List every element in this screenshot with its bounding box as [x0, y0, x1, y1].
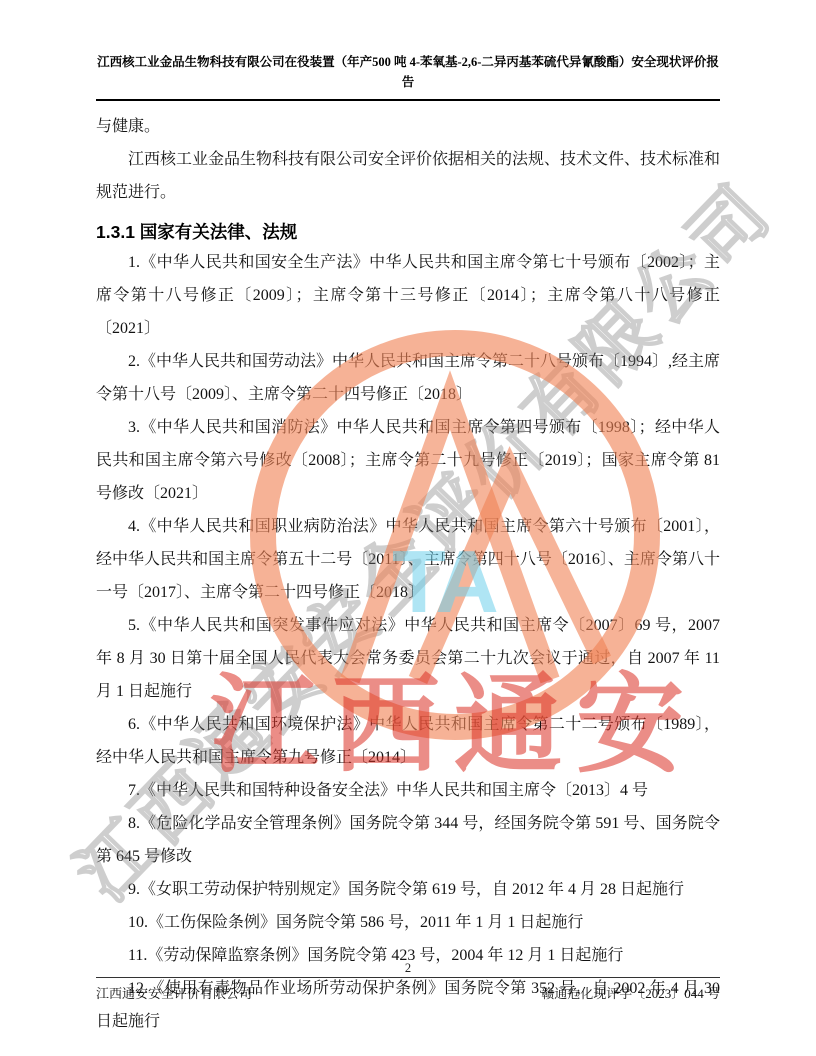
legal-item: 4.《中华人民共和国职业病防治法》中华人民共和国主席令第六十号颁布〔2001〕，… — [96, 510, 720, 609]
footer-document-code: 赣通危化现评字〔2023〕044 号 — [541, 983, 720, 1002]
legal-item: 2.《中华人民共和国劳动法》中华人民共和国主席令第二十八号颁布〔1994〕,经主… — [96, 345, 720, 411]
document-page: 江西通安安全评价有限公司 TA 江西通安 江西核工业金品生物科技有限公司在役装置… — [0, 0, 816, 1056]
page-footer: 2 江西通安安全评价有限公司 赣通危化现评字〔2023〕044 号 — [96, 961, 720, 1002]
section-heading: 1.3.1 国家有关法律、法规 — [96, 220, 720, 244]
legal-item: 1.《中华人民共和国安全生产法》中华人民共和国主席令第七十号颁布〔2002〕；主… — [96, 246, 720, 345]
footer-row: 江西通安安全评价有限公司 赣通危化现评字〔2023〕044 号 — [96, 977, 720, 1002]
legal-item: 7.《中华人民共和国特种设备安全法》中华人民共和国主席令〔2013〕4 号 — [96, 774, 720, 807]
report-header-title: 江西核工业金品生物科技有限公司在役装置（年产500 吨 4-苯氧基-2,6-二异… — [96, 52, 720, 101]
page-content: 江西核工业金品生物科技有限公司在役装置（年产500 吨 4-苯氧基-2,6-二异… — [96, 52, 720, 1038]
body-text: 与健康。 江西核工业金品生物科技有限公司安全评价依据相关的法规、技术文件、技术标… — [96, 110, 720, 1038]
paragraph-intro: 江西核工业金品生物科技有限公司安全评价依据相关的法规、技术文件、技术标准和规范进… — [96, 143, 720, 209]
legal-item: 5.《中华人民共和国突发事件应对法》中华人民共和国主席令〔2007〕69 号，2… — [96, 609, 720, 708]
legal-item: 6.《中华人民共和国环境保护法》中华人民共和国主席令第二十二号颁布〔1989〕，… — [96, 708, 720, 774]
page-number: 2 — [96, 961, 720, 976]
legal-item: 10.《工伤保险条例》国务院令第 586 号，2011 年 1 月 1 日起施行 — [96, 906, 720, 939]
legal-item: 8.《危险化学品安全管理条例》国务院令第 344 号，经国务院令第 591 号、… — [96, 807, 720, 873]
legal-item: 3.《中华人民共和国消防法》中华人民共和国主席令第四号颁布〔1998〕；经中华人… — [96, 411, 720, 510]
legal-item: 9.《女职工劳动保护特别规定》国务院令第 619 号，自 2012 年 4 月 … — [96, 873, 720, 906]
paragraph-continuation: 与健康。 — [96, 110, 720, 143]
footer-company-name: 江西通安安全评价有限公司 — [96, 983, 252, 1002]
